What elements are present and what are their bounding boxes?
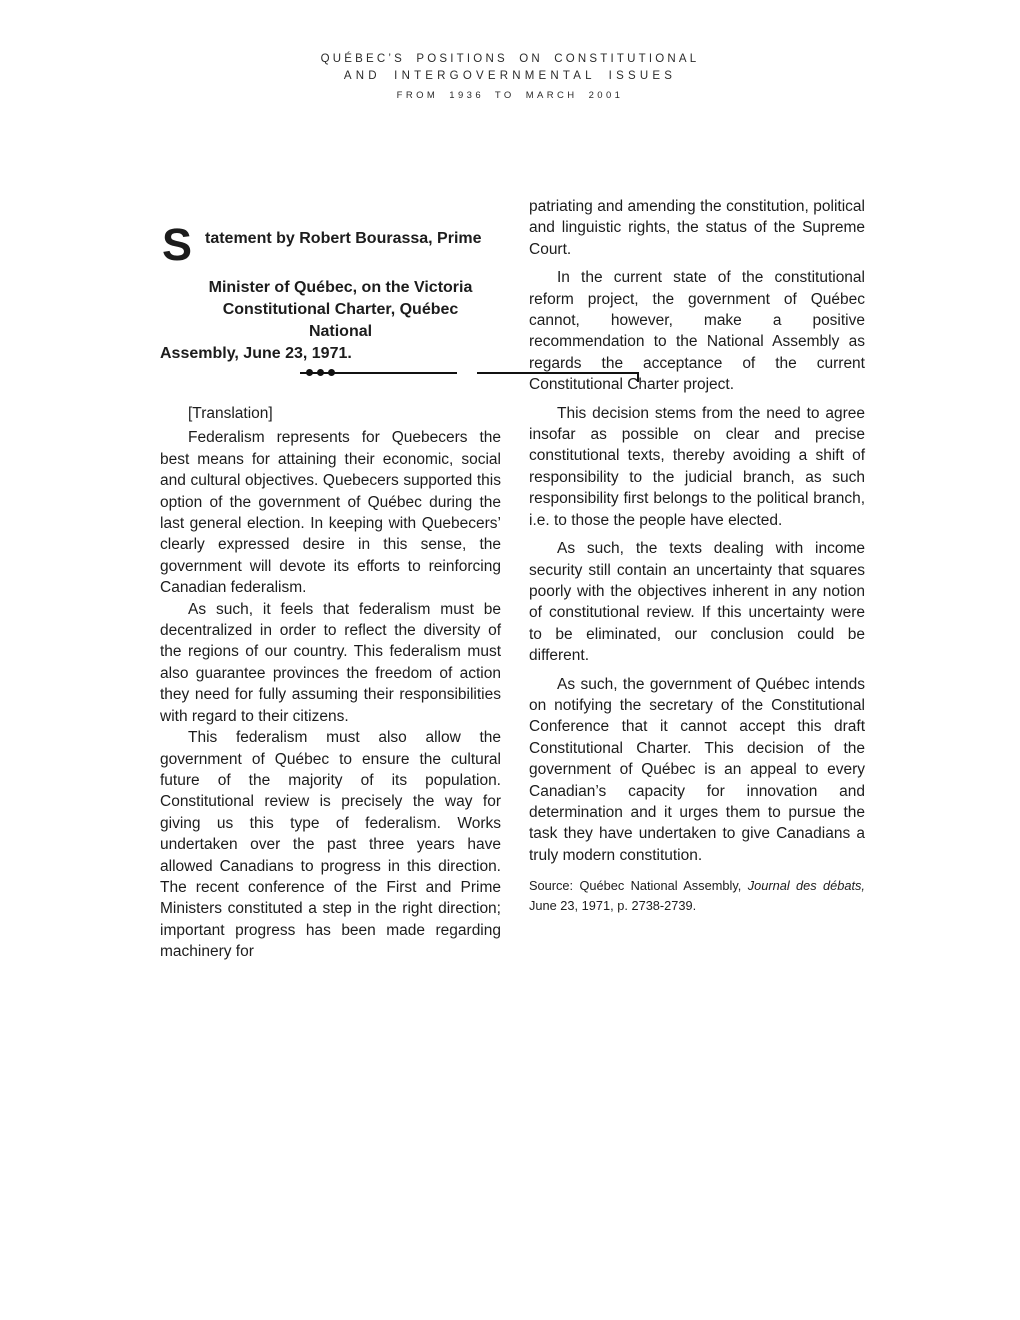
article-title-line3: Constitutional Charter, Québec xyxy=(168,299,513,321)
header-title-line1: QUÉBEC’S POSITIONS ON CONSTITUTIONAL xyxy=(0,53,1020,65)
header-date-range: FROM 1936 TO MARCH 2001 xyxy=(0,90,1020,101)
right-column: patriating and amending the constitution… xyxy=(529,196,865,915)
left-column: [Translation] Federalism represents for … xyxy=(160,403,501,963)
body-paragraph-continuation: patriating and amending the constitution… xyxy=(529,196,865,260)
translation-note: [Translation] xyxy=(160,403,501,424)
divider-rule-left xyxy=(300,372,457,374)
dropcap-letter: S xyxy=(162,222,192,267)
article-title-line5: Assembly, June 23, 1971. xyxy=(160,343,352,365)
body-paragraph: As such, it feels that federalism must b… xyxy=(160,599,501,727)
body-paragraph: As such, the government of Québec intend… xyxy=(529,674,865,867)
body-paragraph: As such, the texts dealing with income s… xyxy=(529,538,865,666)
body-paragraph: This federalism must also allow the gove… xyxy=(160,727,501,962)
body-paragraph: Federalism represents for Quebecers the … xyxy=(160,427,501,598)
article-title-line4: National xyxy=(168,321,513,343)
article-title-line2: Minister of Québec, on the Victoria xyxy=(168,277,513,299)
article-title-line1: tatement by Robert Bourassa, Prime xyxy=(205,228,482,250)
body-paragraph: In the current state of the constitution… xyxy=(529,267,865,395)
source-citation-prefix: Source: Québec National Assembly, xyxy=(529,878,748,893)
source-citation: Source: Québec National Assembly, Journa… xyxy=(529,876,865,915)
source-journal-title: Journal des débats, xyxy=(748,878,865,893)
header-title-line2: AND INTERGOVERNMENTAL ISSUES xyxy=(0,70,1020,82)
source-citation-suffix: June 23, 1971, p. 2738-2739. xyxy=(529,898,696,913)
body-paragraph: This decision stems from the need to agr… xyxy=(529,403,865,531)
document-page: QUÉBEC’S POSITIONS ON CONSTITUTIONAL AND… xyxy=(0,0,1020,1320)
